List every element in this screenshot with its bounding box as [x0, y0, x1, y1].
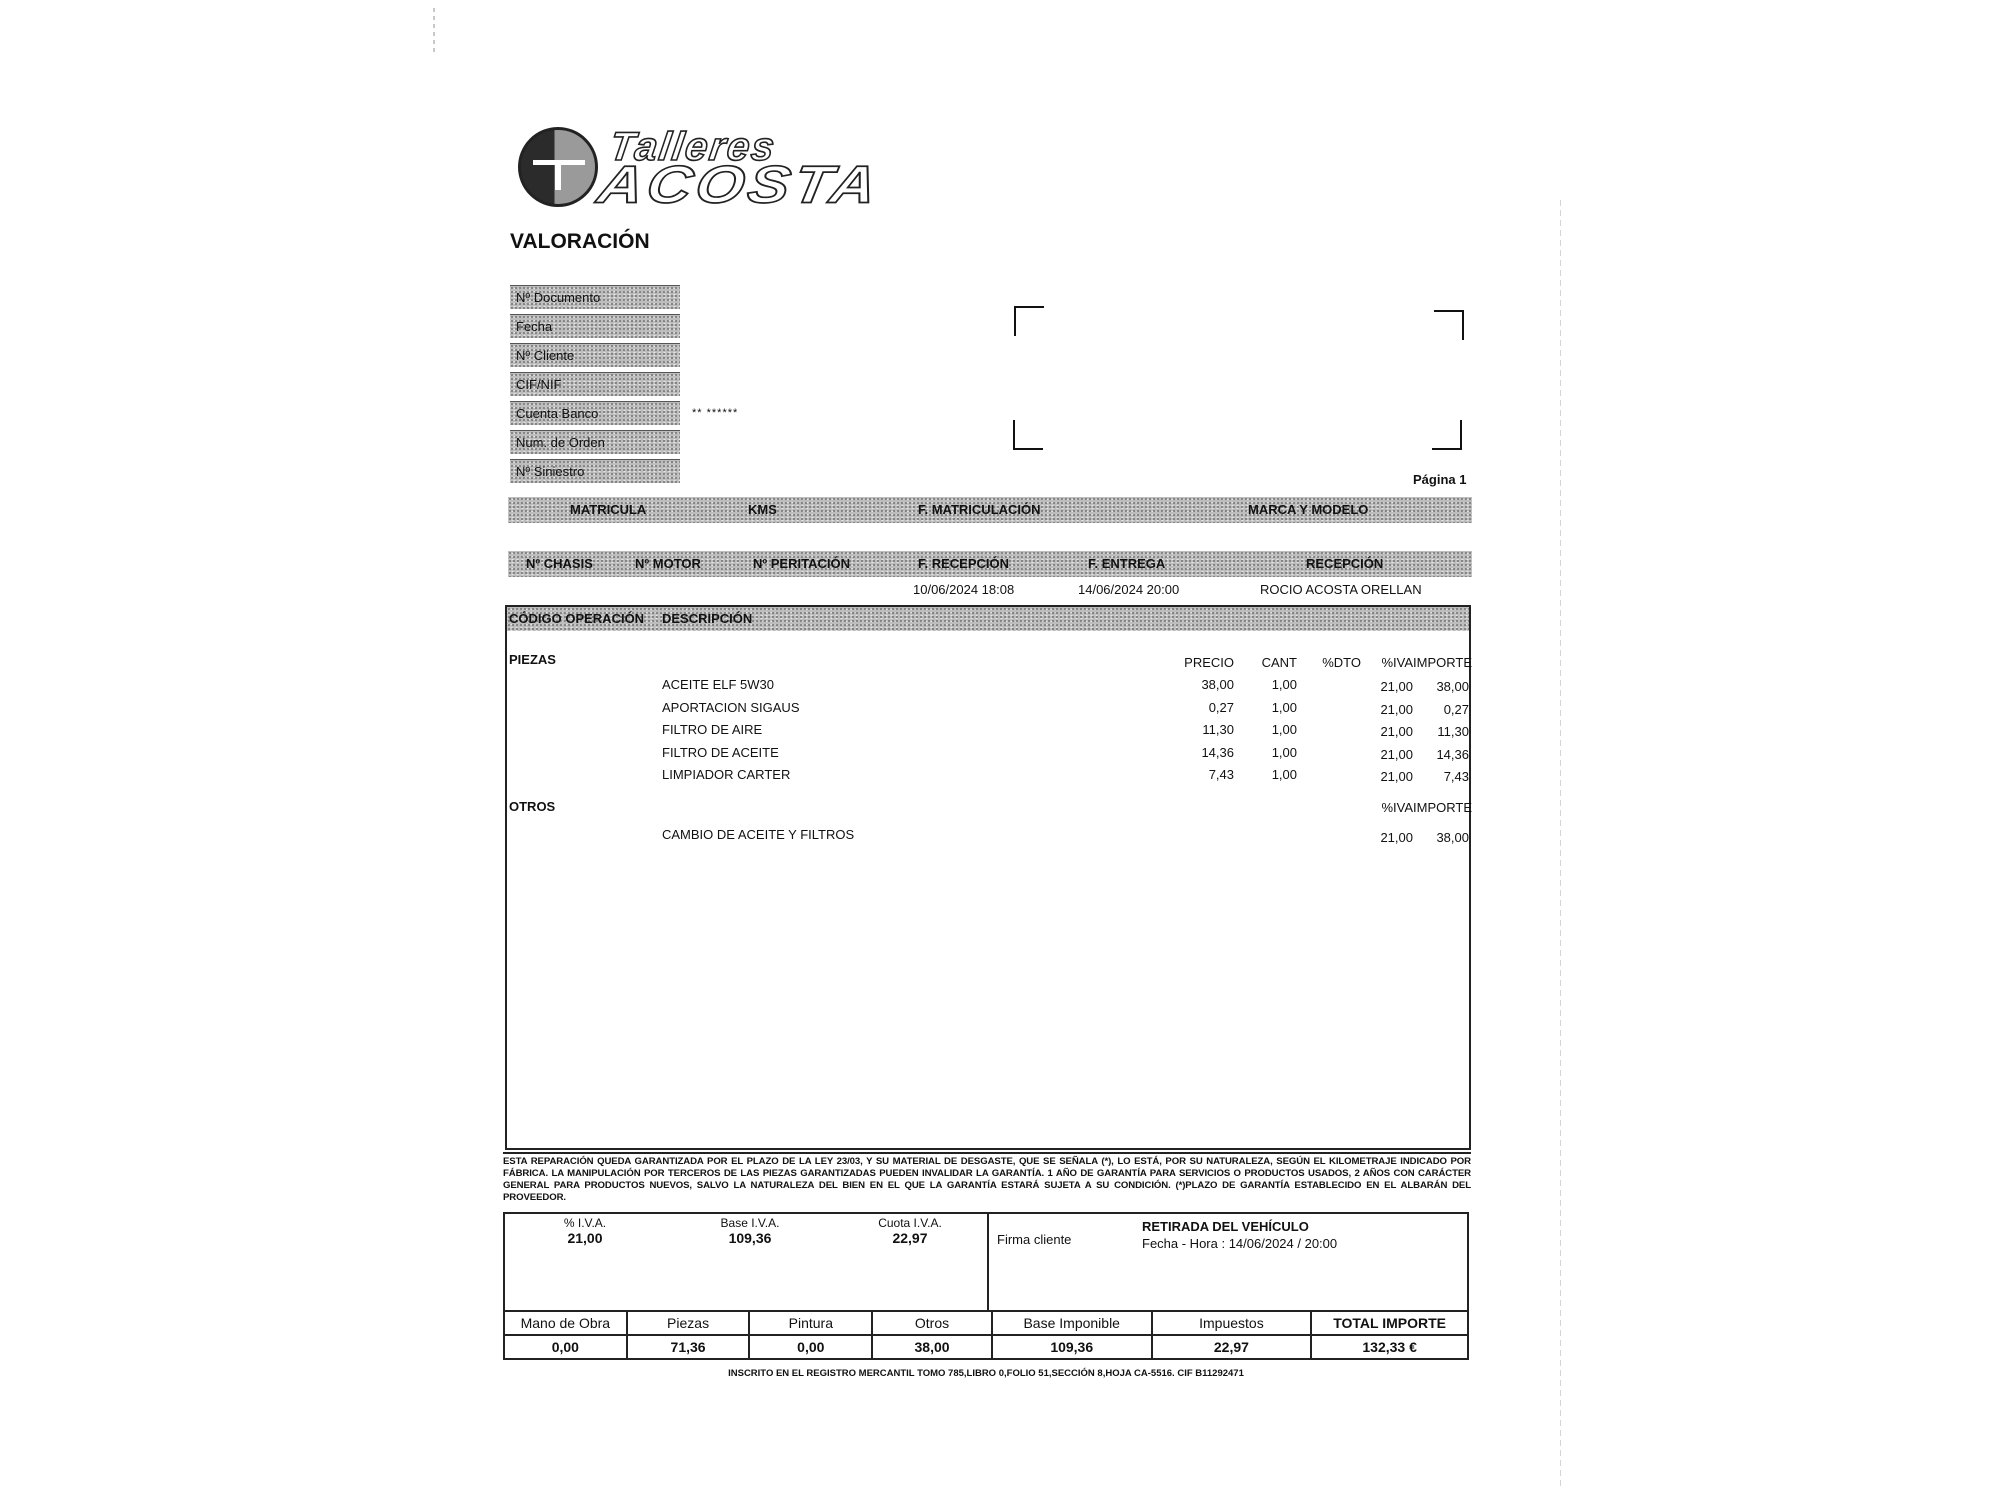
signature-divider [987, 1214, 989, 1312]
iva-cuota-value: 22,97 [855, 1230, 965, 1246]
header-f-entrega: F. ENTREGA [1088, 556, 1165, 571]
item-importe: 0,27 [1413, 702, 1469, 717]
iva-base-label: Base I.V.A. [695, 1216, 805, 1230]
label-cuenta-banco: Cuenta Banco [510, 401, 680, 425]
address-corner-top-right [1434, 310, 1464, 340]
total-header-impuestos: Impuestos [1152, 1311, 1312, 1335]
registry-footer: INSCRITO EN EL REGISTRO MERCANTIL TOMO 7… [503, 1368, 1469, 1379]
iva-base-value: 109,36 [695, 1230, 805, 1246]
warranty-notice: ESTA REPARACIÓN QUEDA GARANTIZADA POR EL… [503, 1152, 1471, 1204]
label-num-orden: Num. de Orden [510, 430, 680, 454]
iva-percent: % I.V.A. 21,00 [545, 1216, 625, 1246]
iva-summary-box: % I.V.A. 21,00 Base I.V.A. 109,36 Cuota … [503, 1212, 1469, 1312]
info-labels: Nº Documento Fecha Nº Cliente CIF/NIF Cu… [510, 285, 680, 488]
item-precio: 38,00 [1164, 677, 1234, 692]
total-value-piezas: 71,36 [627, 1335, 750, 1359]
total-value-total-importe: 132,33 € [1311, 1335, 1468, 1359]
item-iva: 21,00 [1361, 747, 1413, 762]
header-peritacion: Nº PERITACIÓN [753, 556, 850, 571]
total-value-mano-obra: 0,00 [504, 1335, 627, 1359]
lines-frame: CÓDIGO OPERACIÓN DESCRIPCIÓN PIEZAS PREC… [505, 605, 1471, 1150]
total-value-otros: 38,00 [872, 1335, 992, 1359]
document-title: VALORACIÓN [510, 230, 650, 254]
total-header-total-importe: TOTAL IMPORTE [1311, 1311, 1468, 1335]
header-marca-modelo: MARCA Y MODELO [1248, 502, 1368, 517]
logo-emblem-icon [518, 127, 598, 207]
reception-values-row: 10/06/2024 18:08 14/06/2024 20:00 ROCIO … [508, 582, 1472, 602]
address-corner-bottom-left [1013, 420, 1043, 450]
label-cliente: Nº Cliente [510, 343, 680, 367]
col-iva: %IVA [1361, 655, 1413, 670]
item-iva: 21,00 [1361, 724, 1413, 739]
item-cant: 1,00 [1242, 767, 1297, 782]
totals-values-row: 0,00 71,36 0,00 38,00 109,36 22,97 132,3… [504, 1335, 1468, 1359]
pickup-datetime: Fecha - Hora : 14/06/2024 / 20:00 [1142, 1235, 1337, 1252]
header-descripcion: DESCRIPCIÓN [662, 611, 752, 626]
item-cant: 1,00 [1242, 700, 1297, 715]
item-cant: 1,00 [1242, 745, 1297, 760]
header-matricula: MATRICULA [570, 502, 646, 517]
scan-edge-mark [433, 8, 435, 56]
col-otros-importe: IMPORTE [1413, 800, 1469, 815]
header-motor: Nº MOTOR [635, 556, 701, 571]
logo-text-acosta: ACOSTA [593, 155, 885, 215]
total-header-mano-obra: Mano de Obra [504, 1311, 627, 1335]
total-value-pintura: 0,00 [749, 1335, 872, 1359]
value-recepcion: ROCIO ACOSTA ORELLAN [1260, 582, 1422, 597]
header-kms: KMS [748, 502, 777, 517]
vehicle-pickup: RETIRADA DEL VEHÍCULO Fecha - Hora : 14/… [1142, 1218, 1337, 1252]
vehicle-header-band: MATRICULA KMS F. MATRICULACIÓN MARCA Y M… [508, 497, 1472, 523]
total-header-base-imponible: Base Imponible [992, 1311, 1152, 1335]
header-codigo-operacion: CÓDIGO OPERACIÓN [509, 611, 644, 626]
item-description: ACEITE ELF 5W30 [662, 677, 774, 692]
item-description: FILTRO DE ACEITE [662, 745, 779, 760]
label-siniestro: Nº Siniestro [510, 459, 680, 483]
address-corner-top-left [1014, 306, 1044, 336]
iva-percent-value: 21,00 [545, 1230, 625, 1246]
item-importe: 14,36 [1413, 747, 1469, 762]
header-recepcion: RECEPCIÓN [1306, 556, 1383, 571]
iva-cuota-label: Cuota I.V.A. [855, 1216, 965, 1230]
item-iva: 21,00 [1361, 702, 1413, 717]
item-cant: 1,00 [1242, 722, 1297, 737]
item-iva: 21,00 [1361, 769, 1413, 784]
iva-cuota: Cuota I.V.A. 22,97 [855, 1216, 965, 1246]
label-documento: Nº Documento [510, 285, 680, 309]
item-description: CAMBIO DE ACEITE Y FILTROS [662, 827, 854, 842]
col-precio: PRECIO [1164, 655, 1234, 670]
item-precio: 11,30 [1164, 722, 1234, 737]
totals-header-row: Mano de Obra Piezas Pintura Otros Base I… [504, 1311, 1468, 1335]
item-iva: 21,00 [1361, 679, 1413, 694]
item-description: APORTACION SIGAUS [662, 700, 800, 715]
header-chasis: Nº CHASIS [526, 556, 593, 571]
item-cant: 1,00 [1242, 677, 1297, 692]
header-f-matriculacion: F. MATRICULACIÓN [918, 502, 1041, 517]
iva-base: Base I.V.A. 109,36 [695, 1216, 805, 1246]
col-dto: %DTO [1297, 655, 1361, 670]
reception-header-band: Nº CHASIS Nº MOTOR Nº PERITACIÓN F. RECE… [508, 551, 1472, 577]
value-f-recepcion: 10/06/2024 18:08 [913, 582, 1014, 597]
total-value-impuestos: 22,97 [1152, 1335, 1312, 1359]
total-header-piezas: Piezas [627, 1311, 750, 1335]
col-otros-iva: %IVA [1361, 800, 1413, 815]
col-importe: IMPORTE [1413, 655, 1469, 670]
lines-column-header: CÓDIGO OPERACIÓN DESCRIPCIÓN [507, 607, 1469, 631]
item-precio: 7,43 [1164, 767, 1234, 782]
item-importe: 7,43 [1413, 769, 1469, 784]
col-cant: CANT [1242, 655, 1297, 670]
value-f-entrega: 14/06/2024 20:00 [1078, 582, 1179, 597]
page-edge-line [1560, 200, 1561, 1490]
bank-account-value: ** ****** [692, 407, 738, 419]
item-importe: 38,00 [1413, 830, 1469, 845]
iva-percent-label: % I.V.A. [545, 1216, 625, 1230]
signature-label: Firma cliente [997, 1232, 1071, 1247]
label-fecha: Fecha [510, 314, 680, 338]
item-precio: 0,27 [1164, 700, 1234, 715]
page-number: Página 1 [1413, 472, 1466, 487]
total-header-otros: Otros [872, 1311, 992, 1335]
item-importe: 11,30 [1413, 724, 1469, 739]
address-corner-bottom-right [1432, 420, 1462, 450]
item-precio: 14,36 [1164, 745, 1234, 760]
pickup-title: RETIRADA DEL VEHÍCULO [1142, 1218, 1337, 1235]
item-iva: 21,00 [1361, 830, 1413, 845]
total-value-base-imponible: 109,36 [992, 1335, 1152, 1359]
totals-table: Mano de Obra Piezas Pintura Otros Base I… [503, 1310, 1469, 1360]
company-logo: Talleres ACOSTA [518, 125, 888, 215]
total-header-pintura: Pintura [749, 1311, 872, 1335]
section-otros: OTROS [509, 799, 555, 814]
label-cif-nif: CIF/NIF [510, 372, 680, 396]
header-f-recepcion: F. RECEPCIÓN [918, 556, 1009, 571]
item-description: FILTRO DE AIRE [662, 722, 762, 737]
section-piezas: PIEZAS [509, 652, 556, 667]
item-description: LIMPIADOR CARTER [662, 767, 790, 782]
item-importe: 38,00 [1413, 679, 1469, 694]
